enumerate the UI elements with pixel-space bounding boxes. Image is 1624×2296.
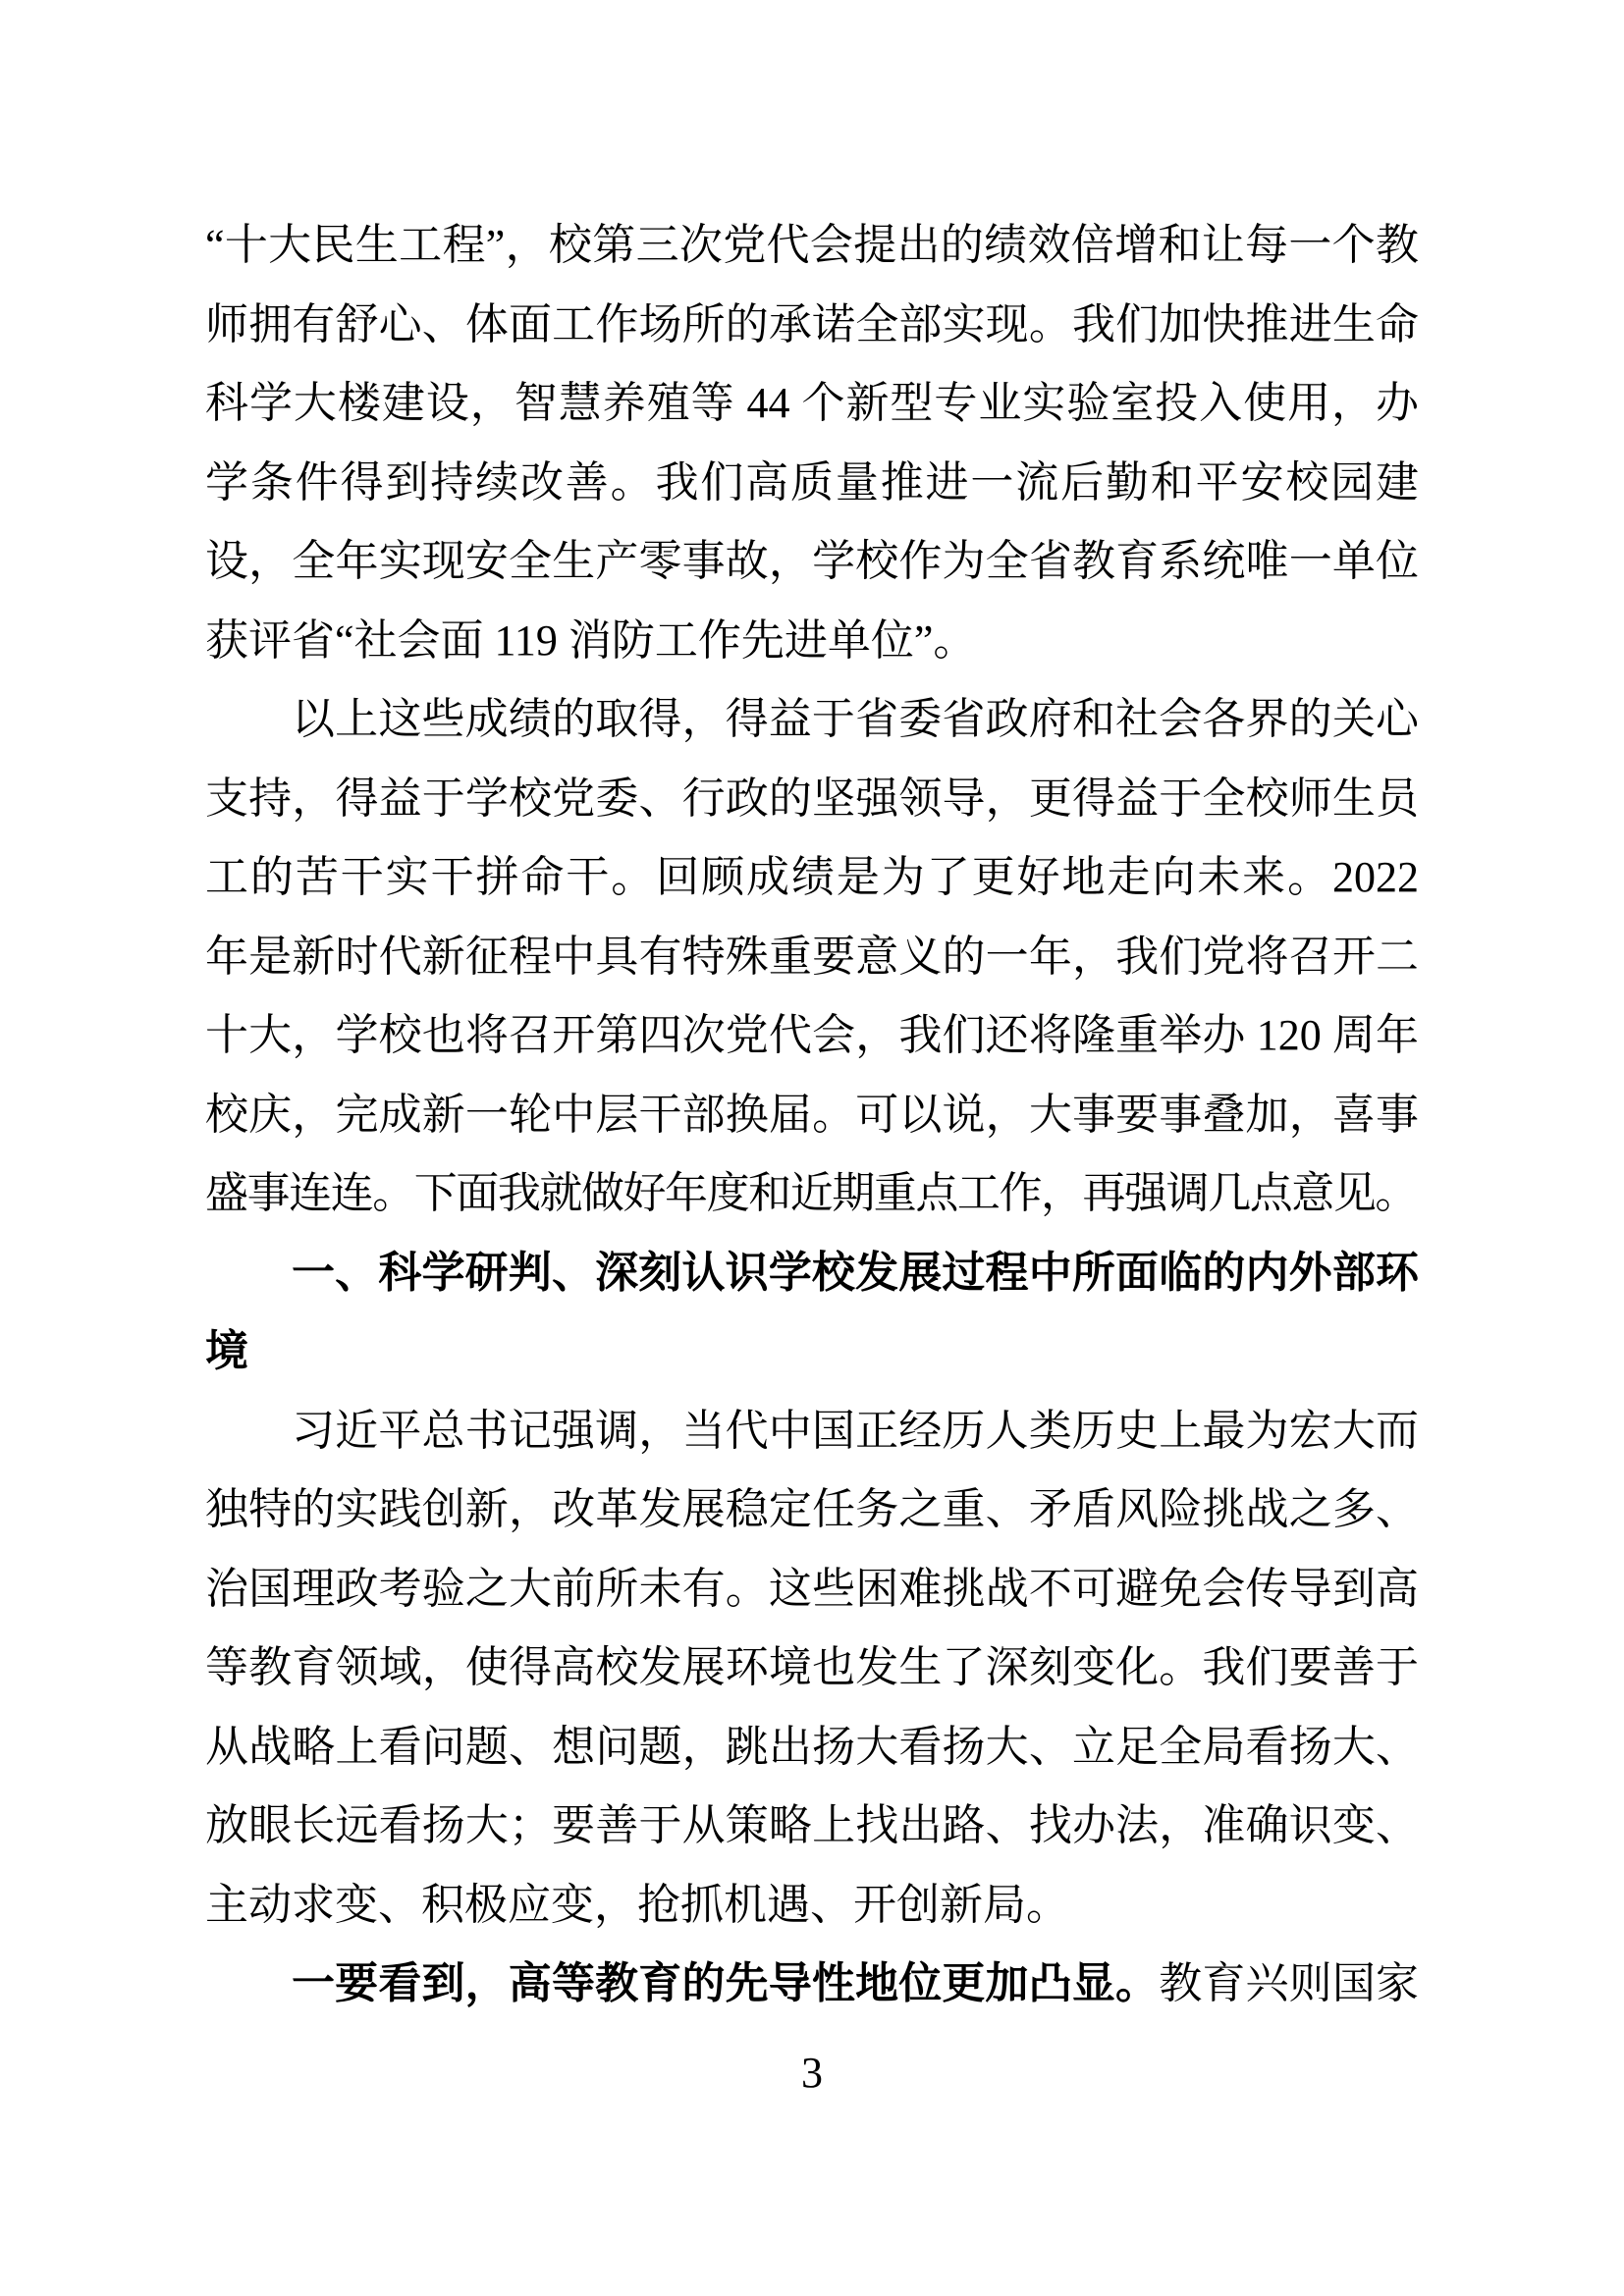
- text-line: 获评省“社会面 119 消防工作先进单位”。: [205, 602, 1419, 681]
- text-line: 放眼长远看扬大；要善于从策略上找出路、找办法，准确识变、: [205, 1787, 1419, 1866]
- text-run: “十大民生工程”，校第三次党代会提出的绩效倍增和让每一个教: [205, 221, 1419, 269]
- text-run: 校庆，完成新一轮中层干部换届。可以说，大事要事叠加，喜事: [205, 1091, 1419, 1139]
- text-line: 主动求变、积极应变，抢抓机遇、开创新局。: [205, 1866, 1419, 1946]
- text-line: 一、科学研判、深刻认识学校发展过程中所面临的内外部环: [205, 1234, 1419, 1313]
- text-line: 一要看到，高等教育的先导性地位更加凸显。教育兴则国家: [205, 1945, 1419, 2024]
- text-run: 工的苦干实干拼命干。回顾成绩是为了更好地走向未来。2022: [205, 853, 1419, 901]
- text-line: 境: [205, 1312, 1419, 1392]
- text-line: 盛事连连。下面我就做好年度和近期重点工作，再强调几点意见。: [205, 1154, 1419, 1234]
- text-line: 校庆，完成新一轮中层干部换届。可以说，大事要事叠加，喜事: [205, 1076, 1419, 1155]
- text-line: 从战略上看问题、想问题，跳出扬大看扬大、立足全局看扬大、: [205, 1708, 1419, 1788]
- page-number: 3: [0, 2050, 1624, 2097]
- emphasis-text-run: 一要看到，高等教育的先导性地位更加凸显。: [292, 1959, 1159, 2007]
- text-line: 年是新时代新征程中具有特殊重要意义的一年，我们党将召开二: [205, 918, 1419, 997]
- text-line: 十大，学校也将召开第四次党代会，我们还将隆重举办 120 周年: [205, 996, 1419, 1076]
- text-line: 以上这些成绩的取得，得益于省委省政府和社会各界的关心: [205, 680, 1419, 760]
- text-line: 独特的实践创新，改革发展稳定任务之重、矛盾风险挑战之多、: [205, 1470, 1419, 1550]
- text-run: 科学大楼建设，智慧养殖等 44 个新型专业实验室投入使用，办: [205, 379, 1419, 427]
- text-line: 治国理政考验之大前所未有。这些困难挑战不可避免会传导到高: [205, 1550, 1419, 1629]
- text-run: 教育兴则国家: [1159, 1959, 1419, 2007]
- text-run: 获评省“社会面 119 消防工作先进单位”。: [205, 616, 976, 665]
- text-run: 放眼长远看扬大；要善于从策略上找出路、找办法，准确识变、: [205, 1801, 1419, 1849]
- text-line: 设，全年实现安全生产零事故，学校作为全省教育系统唯一单位: [205, 522, 1419, 602]
- text-line: 学条件得到持续改善。我们高质量推进一流后勤和平安校园建: [205, 444, 1419, 523]
- text-line: “十大民生工程”，校第三次党代会提出的绩效倍增和让每一个教: [205, 206, 1419, 286]
- text-run: 师拥有舒心、体面工作场所的承诺全部实现。我们加快推进生命: [205, 300, 1419, 348]
- text-run: 盛事连连。下面我就做好年度和近期重点工作，再强调几点意见。: [205, 1169, 1417, 1217]
- text-line: 师拥有舒心、体面工作场所的承诺全部实现。我们加快推进生命: [205, 286, 1419, 365]
- text-run: 治国理政考验之大前所未有。这些困难挑战不可避免会传导到高: [205, 1565, 1419, 1613]
- text-line: 支持，得益于学校党委、行政的坚强领导，更得益于全校师生员: [205, 760, 1419, 839]
- text-run: 独特的实践创新，改革发展稳定任务之重、矛盾风险挑战之多、: [205, 1485, 1419, 1533]
- text-run: 年是新时代新征程中具有特殊重要意义的一年，我们党将召开二: [205, 933, 1419, 981]
- text-run: 十大，学校也将召开第四次党代会，我们还将隆重举办 120 周年: [205, 1011, 1419, 1059]
- text-line: 工的苦干实干拼命干。回顾成绩是为了更好地走向未来。2022: [205, 838, 1419, 918]
- emphasis-text-run: 境: [205, 1327, 248, 1375]
- text-run: 主动求变、积极应变，抢抓机遇、开创新局。: [205, 1881, 1069, 1929]
- text-run: 习近平总书记强调，当代中国正经历人类历史上最为宏大而: [292, 1407, 1419, 1455]
- text-line: 习近平总书记强调，当代中国正经历人类历史上最为宏大而: [205, 1392, 1419, 1471]
- text-run: 以上这些成绩的取得，得益于省委省政府和社会各界的关心: [292, 695, 1419, 743]
- text-run: 从战略上看问题、想问题，跳出扬大看扬大、立足全局看扬大、: [205, 1723, 1419, 1771]
- emphasis-text-run: 一、科学研判、深刻认识学校发展过程中所面临的内外部环: [292, 1249, 1419, 1297]
- document-page: “十大民生工程”，校第三次党代会提出的绩效倍增和让每一个教师拥有舒心、体面工作场…: [0, 0, 1624, 2296]
- text-run: 支持，得益于学校党委、行政的坚强领导，更得益于全校师生员: [205, 774, 1419, 823]
- text-run: 等教育领域，使得高校发展环境也发生了深刻变化。我们要善于: [205, 1643, 1419, 1691]
- text-line: 等教育领域，使得高校发展环境也发生了深刻变化。我们要善于: [205, 1629, 1419, 1708]
- text-line: 科学大楼建设，智慧养殖等 44 个新型专业实验室投入使用，办: [205, 364, 1419, 444]
- text-run: 学条件得到持续改善。我们高质量推进一流后勤和平安校园建: [205, 458, 1419, 507]
- body-text: “十大民生工程”，校第三次党代会提出的绩效倍增和让每一个教师拥有舒心、体面工作场…: [205, 206, 1419, 2024]
- text-run: 设，全年实现安全生产零事故，学校作为全省教育系统唯一单位: [205, 537, 1419, 585]
